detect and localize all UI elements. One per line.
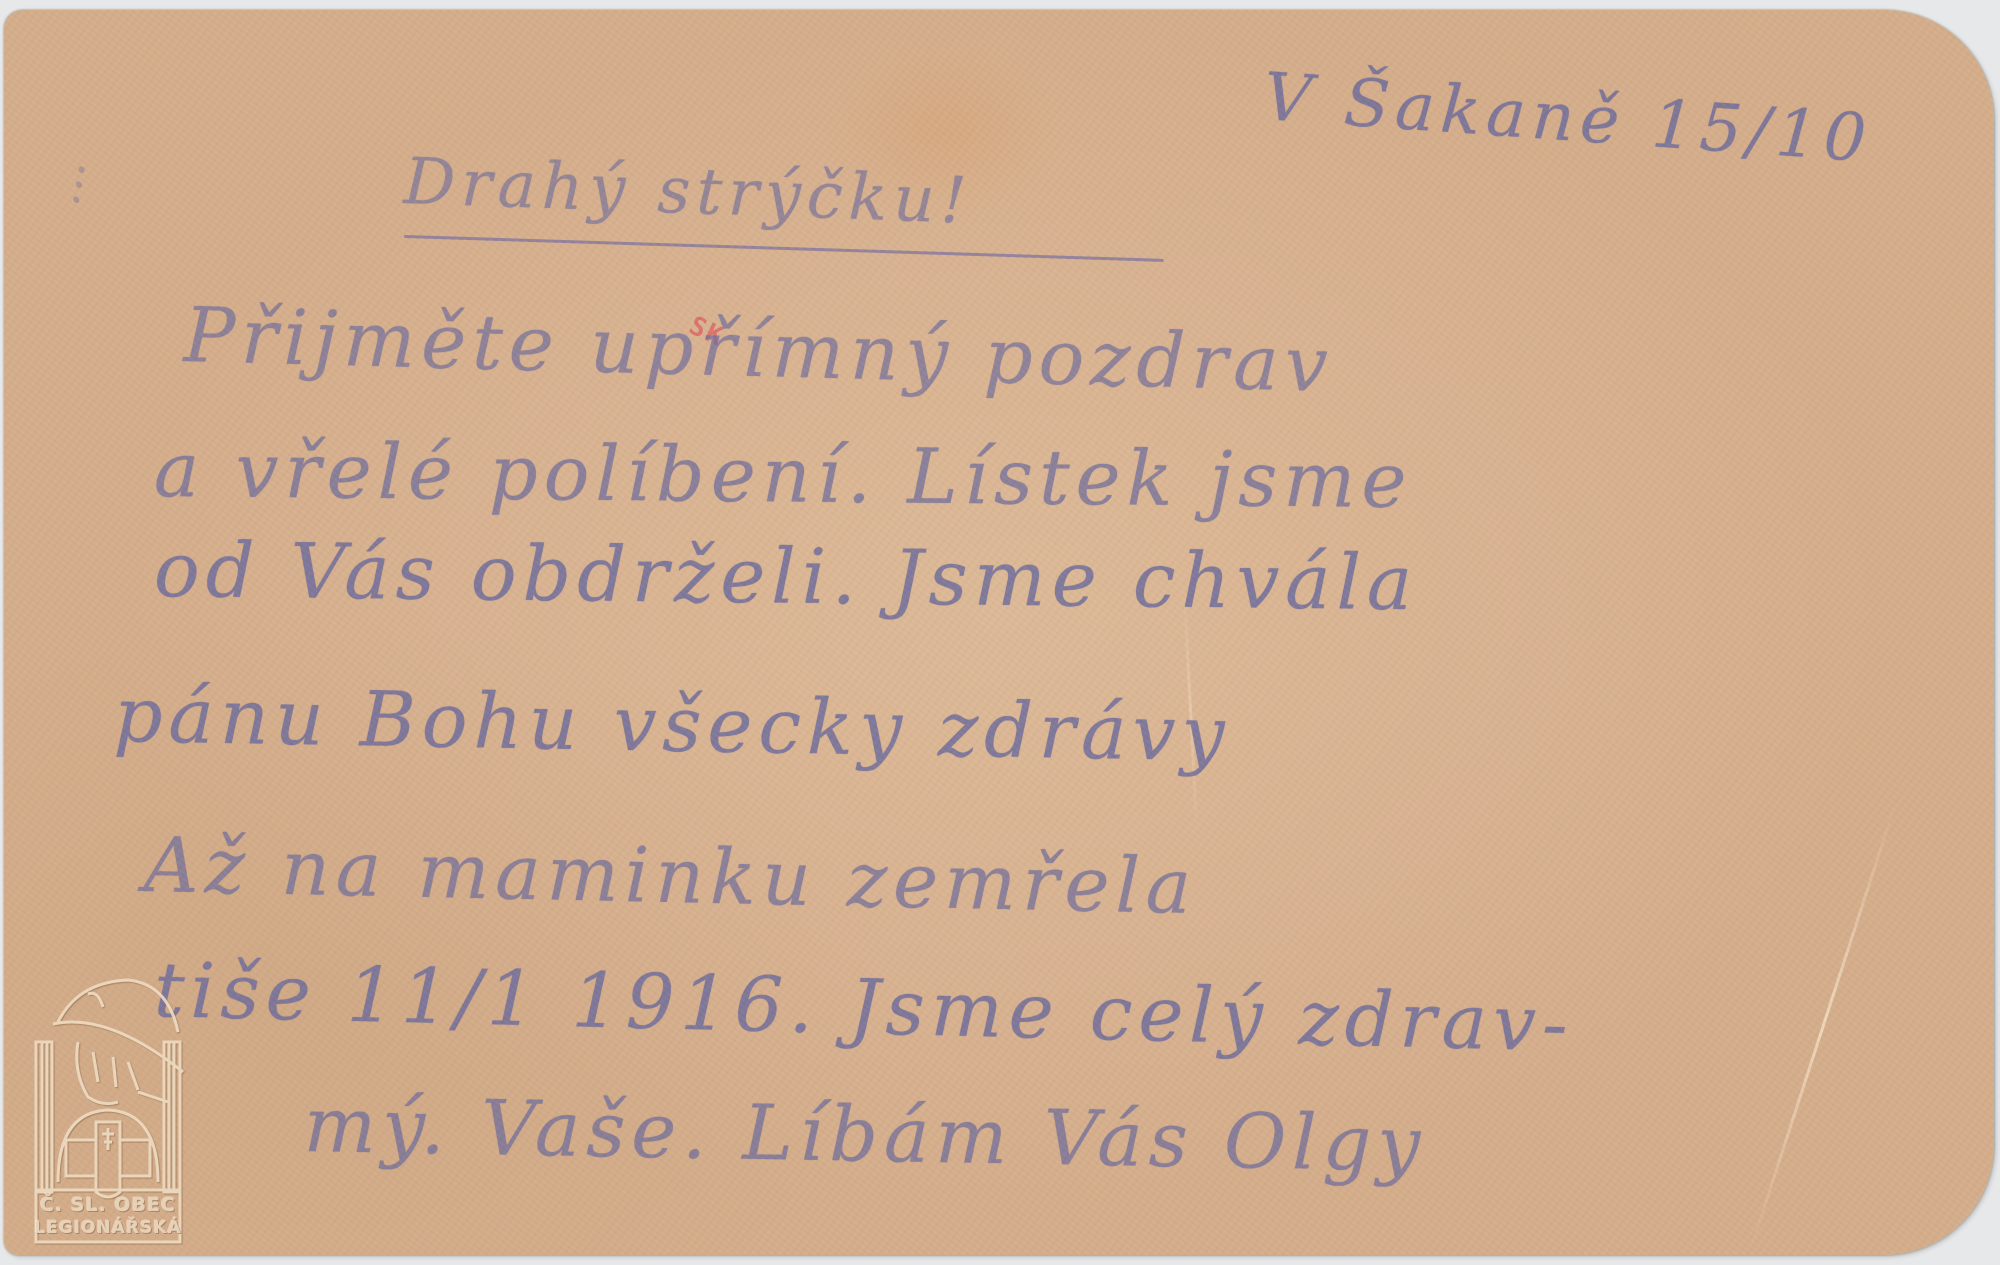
margin-note: ... xyxy=(34,155,97,210)
body-line: a vřelé políbení. Lístek jsme xyxy=(154,425,1413,525)
emblem-text-bottom: LEGIONÁŘSKÁ xyxy=(18,1218,198,1238)
postcard: V Šakaně 15/10 Drahý strýčku! ... SK Při… xyxy=(4,10,1994,1255)
body-line-signature: mý. Vaše. Líbám Vás Olgy xyxy=(303,1080,1427,1189)
body-line: Až na maminku zemřela xyxy=(143,820,1198,931)
body-line: pánu Bohu všecky zdrávy xyxy=(113,670,1231,778)
body-line: tiše 11/1 1916. Jsme celý zdrav- xyxy=(153,945,1575,1069)
body-line: od Vás obdrželi. Jsme chvála xyxy=(154,525,1419,627)
paper-crease xyxy=(1749,801,1897,1249)
legion-emblem-watermark: Č. SL. OBEC LEGIONÁŘSKÁ xyxy=(18,962,198,1247)
body-line: Přijměte upřímný pozdrav xyxy=(183,290,1335,409)
place-date: V Šakaně 15/10 xyxy=(1261,58,1874,177)
salutation: Drahý strýčku! xyxy=(403,145,974,239)
salutation-underline xyxy=(404,235,1164,262)
emblem-text-top: Č. SL. OBEC xyxy=(18,1194,198,1216)
